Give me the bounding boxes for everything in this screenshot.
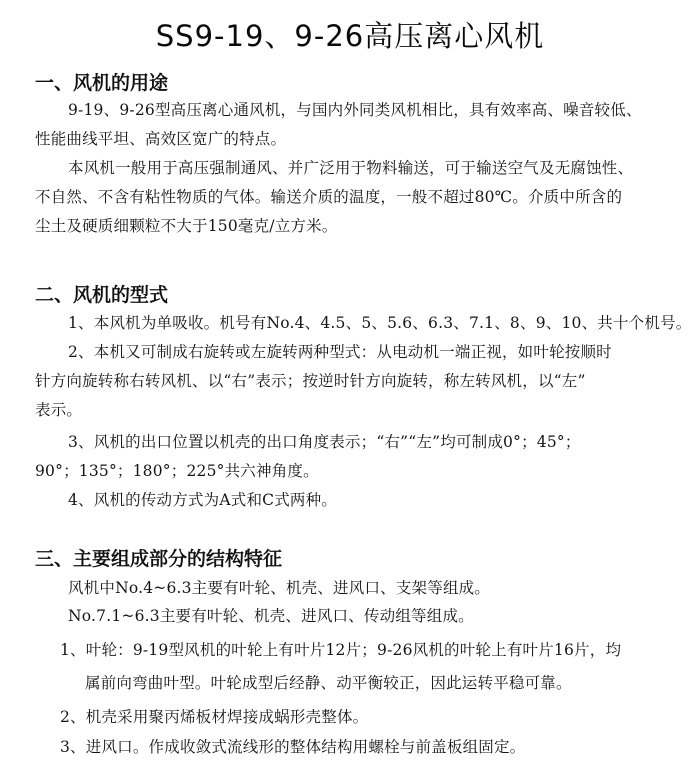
paragraph-line: 风机中No.4~6.3主要有叶轮、机壳、进风口、支架等组成。 <box>68 576 490 598</box>
paragraph-line: 1、本风机为单吸收。机号有No.4、4.5、5、5.6、6.3、7.1、8、9、… <box>68 311 691 333</box>
paragraph-line: 3、风机的出口位置以机壳的出口角度表示；“右”“左”均可制成0°；45°； <box>68 430 581 452</box>
section-heading-usage: 一、风机的用途 <box>35 68 168 95</box>
paragraph-line: 4、风机的传动方式为A式和C式两种。 <box>68 488 337 510</box>
paragraph-line: 3、进风口。作成收敛式流线形的整体结构用螺栓与前盖板组固定。 <box>60 735 525 757</box>
paragraph-line: 不自然、不含有粘性物质的气体。输送介质的温度，一般不超过80℃。介质中所含的 <box>35 185 622 207</box>
paragraph-line: 2、本机又可制成右旋转或左旋转两种型式：从电动机一端正视，如叶轮按顺时 <box>68 340 612 362</box>
document-title: SS9-19、9-26高压离心风机 <box>0 14 700 55</box>
section-heading-type: 二、风机的型式 <box>35 280 168 307</box>
paragraph-line: 90°；135°；180°；225°共六神角度。 <box>35 459 319 481</box>
paragraph-line: 尘土及硬质细颗粒不大于150毫克/立方米。 <box>35 214 338 236</box>
paragraph-line: 针方向旋转称右转风机、以“右”表示；按逆时针方向旋转，称左转风机，以“左” <box>35 369 586 391</box>
paragraph-line: 表示。 <box>35 398 82 420</box>
paragraph-line: No.7.1~6.3主要有叶轮、机壳、进风口、传动组等组成。 <box>68 604 474 626</box>
paragraph-line: 9-19、9-26型高压离心通风机，与国内外同类风机相比，具有效率高、噪音较低、 <box>68 98 642 120</box>
section-heading-structure: 三、主要组成部分的结构特征 <box>35 544 282 571</box>
paragraph-line: 属前向弯曲叶型。叶轮成型后经静、动平衡较正，因此运转平稳可靠。 <box>85 671 572 693</box>
paragraph-line: 2、机壳采用聚丙烯板材焊接成蜗形壳整体。 <box>60 705 368 727</box>
paragraph-line: 性能曲线平坦、高效区宽广的特点。 <box>35 127 286 149</box>
paragraph-line: 本风机一般用于高压强制通风、并广泛用于物料输送，可于输送空气及无腐蚀性、 <box>68 156 633 178</box>
paragraph-line: 1、叶轮：9-19型风机的叶轮上有叶片12片；9-26风机的叶轮上有叶片16片，… <box>60 638 621 660</box>
